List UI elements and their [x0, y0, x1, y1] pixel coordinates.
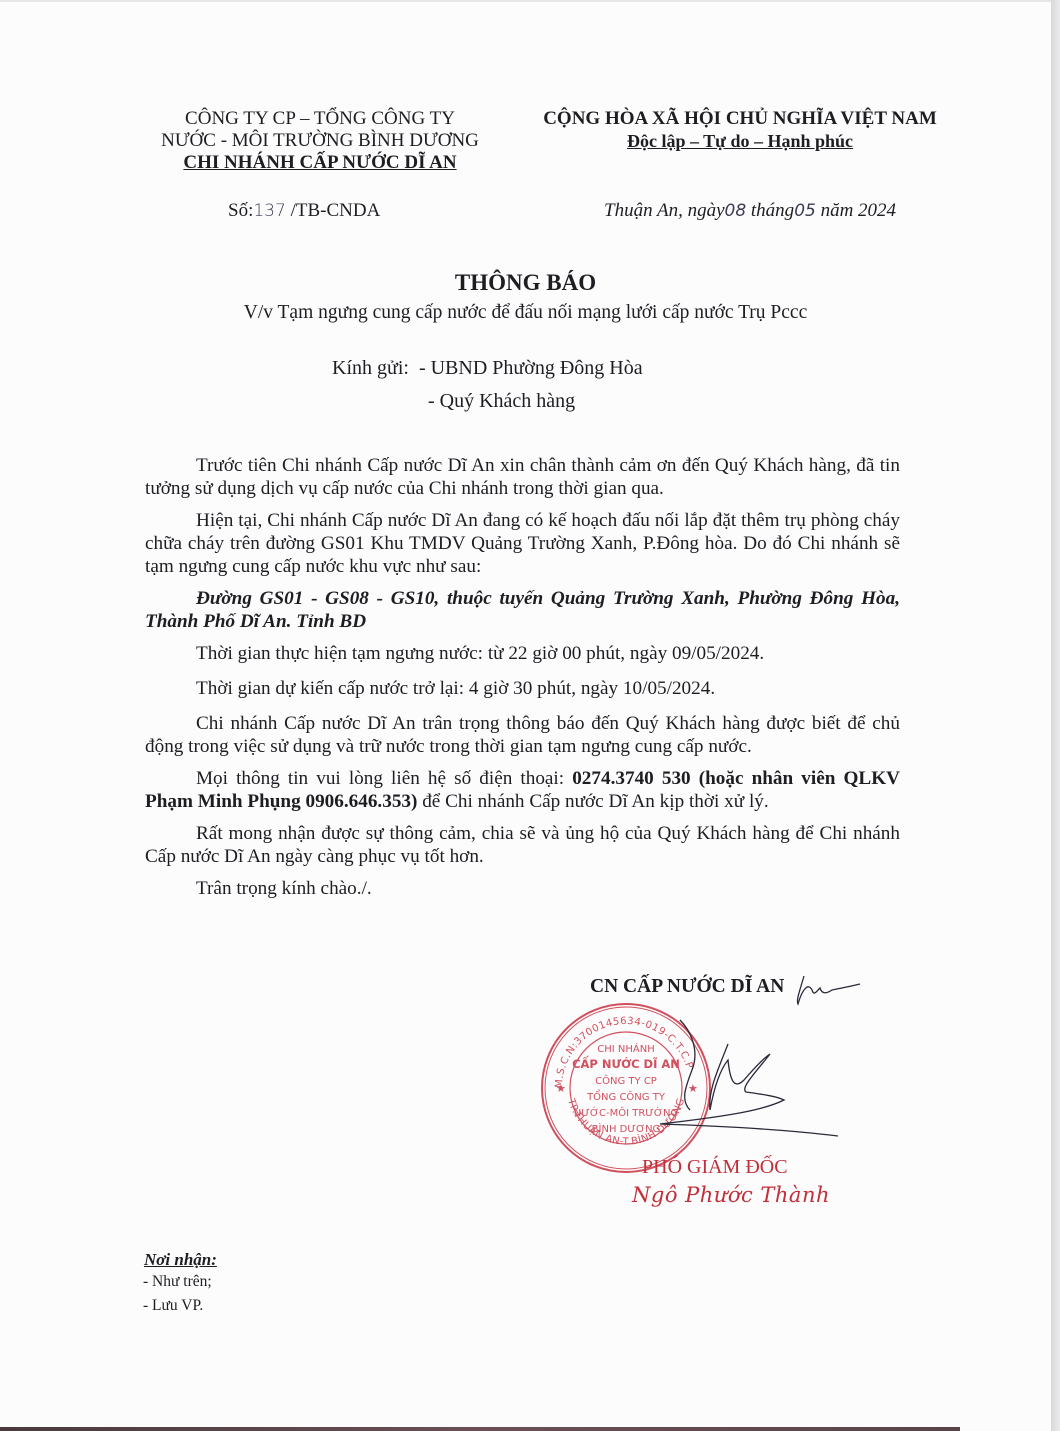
photo-right-edge	[1051, 0, 1060, 1431]
outage-end-time: Thời gian dự kiến cấp nước trở lại: 4 gi…	[145, 677, 900, 700]
body-paragraph-thanks: Trước tiên Chi nhánh Cấp nước Dĩ An xin …	[145, 454, 900, 500]
document-page: CÔNG TY CP – TỔNG CÔNG TY NƯỚC - MÔI TRƯ…	[0, 0, 1051, 1427]
document-title: THÔNG BÁO	[0, 270, 1051, 296]
recipients-footer-title: Nơi nhận:	[144, 1250, 217, 1270]
body-paragraph-notice: Chi nhánh Cấp nước Dĩ An trân trọng thôn…	[145, 712, 900, 758]
body-paragraph-contact: Mọi thông tin vui lòng liên hệ số điện t…	[145, 767, 900, 813]
national-title: CỘNG HÒA XÃ HỘI CHỦ NGHĨA VIỆT NAM	[520, 108, 960, 130]
handwritten-signature	[560, 960, 880, 1160]
document-body: Trước tiên Chi nhánh Cấp nước Dĩ An xin …	[145, 454, 900, 909]
issuer-line-2: NƯỚC - MÔI TRƯỜNG BÌNH DƯƠNG	[130, 130, 510, 152]
document-number-handwritten: 137	[253, 201, 285, 221]
issuer-header: CÔNG TY CP – TỔNG CÔNG TY NƯỚC - MÔI TRƯ…	[130, 108, 510, 174]
document-subject: V/v Tạm ngưng cung cấp nước để đấu nối m…	[0, 302, 1051, 324]
contact-prefix: Mọi thông tin vui lòng liên hệ số điện t…	[196, 768, 572, 789]
body-paragraph-plan: Hiện tại, Chi nhánh Cấp nước Dĩ An đang …	[145, 509, 900, 578]
date-month: 05	[794, 201, 816, 221]
issuer-line-1: CÔNG TY CP – TỔNG CÔNG TY	[130, 108, 510, 130]
document-number: Số:137 /TB-CNDA	[228, 200, 380, 222]
national-header: CỘNG HÒA XÃ HỘI CHỦ NGHĨA VIỆT NAM Độc l…	[520, 108, 960, 152]
date-day: 08	[725, 201, 747, 221]
signer-position: PHÓ GIÁM ĐỐC	[642, 1156, 788, 1179]
outage-start-time: Thời gian thực hiện tạm ngưng nước: từ 2…	[145, 642, 900, 665]
recipients-footer-item: - Lưu VP.	[143, 1297, 203, 1315]
document-number-suffix: /TB-CNDA	[291, 200, 381, 221]
affected-area: Đường GS01 - GS08 - GS10, thuộc tuyến Qu…	[145, 587, 900, 633]
recipient-1: - UBND Phường Đông Hòa	[419, 357, 643, 379]
recipients-label: Kính gửi:	[332, 357, 409, 379]
document-date: Thuận An, ngày08 tháng05 năm 2024	[604, 200, 896, 222]
recipients-line: Kính gửi: - UBND Phường Đông Hòa	[332, 357, 643, 380]
recipients-footer-item: - Như trên;	[143, 1273, 212, 1291]
signer-name: Ngô Phước Thành	[632, 1183, 830, 1207]
date-place: Thuận An, ngày	[604, 200, 725, 221]
issuer-branch: CHI NHÁNH CẤP NƯỚC DĨ AN	[130, 152, 510, 174]
national-motto: Độc lập – Tự do – Hạnh phúc	[520, 130, 960, 152]
photo-bottom-shadow	[0, 1427, 960, 1431]
body-paragraph-appreciation: Rất mong nhận được sự thông cảm, chia sẽ…	[145, 822, 900, 868]
date-month-label: tháng	[751, 200, 794, 221]
document-number-prefix: Số:	[228, 200, 253, 221]
recipient-2: - Quý Khách hàng	[428, 390, 575, 413]
date-year: năm 2024	[821, 200, 896, 221]
contact-suffix: để Chi nhánh Cấp nước Dĩ An kịp thời xử …	[417, 791, 768, 812]
body-closing: Trân trọng kính chào./.	[145, 877, 900, 900]
